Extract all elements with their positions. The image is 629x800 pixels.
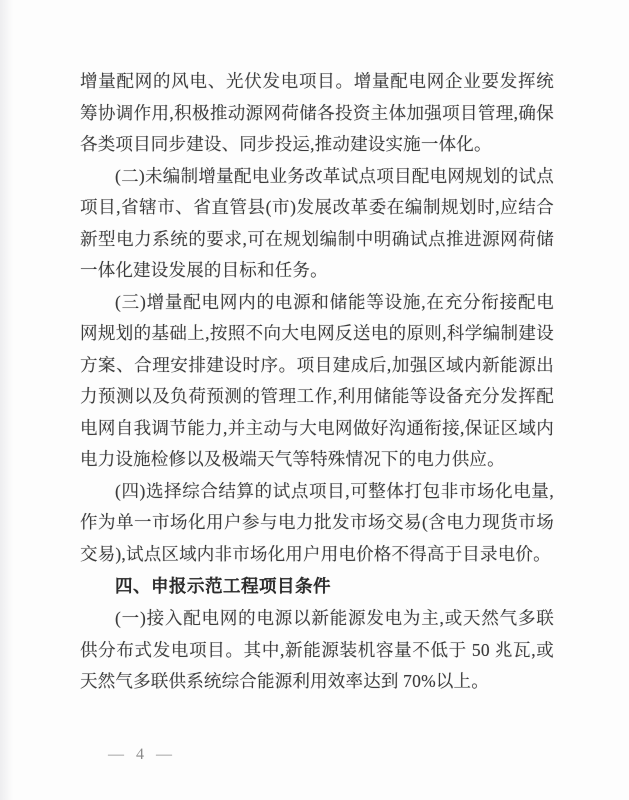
paragraph-item-1: (一)接入配电网的电源以新能源发电为主,或天然气多联供分布式发电项目。其中,新能…	[80, 603, 554, 698]
scan-edge-shadow	[0, 0, 13, 800]
document-body: 增量配网的风电、光伏发电项目。增量配电网企业要发挥统筹协调作用,积极推动源网荷储…	[80, 66, 554, 698]
paragraph-continuation: 增量配网的风电、光伏发电项目。增量配电网企业要发挥统筹协调作用,积极推动源网荷储…	[80, 66, 554, 161]
scanned-document-page: 增量配网的风电、光伏发电项目。增量配电网企业要发挥统筹协调作用,积极推动源网荷储…	[0, 0, 629, 800]
paragraph-item-3: (三)增量配电网内的电源和储能等设施,在充分衔接配电网规划的基础上,按照不向大电…	[80, 287, 554, 476]
section-heading-4: 四、申报示范工程项目条件	[80, 570, 554, 603]
page-number: — 4 —	[108, 746, 176, 764]
paragraph-item-2: (二)未编制增量配电业务改革试点项目配电网规划的试点项目,省辖市、省直管县(市)…	[80, 161, 554, 287]
paragraph-item-4: (四)选择综合结算的试点项目,可整体打包非市场化电量,作为单一市场化用户参与电力…	[80, 476, 554, 571]
